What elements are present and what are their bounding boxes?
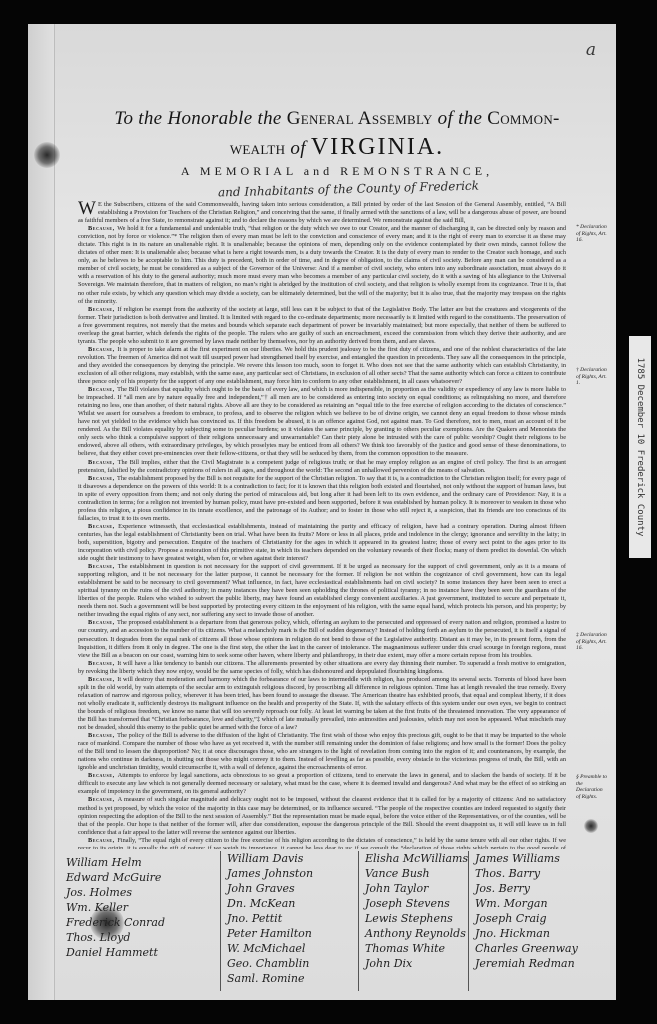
paragraph: Because, The proposed establishment is a… xyxy=(78,619,566,659)
paragraph: WE the Subscribers, citizens of the said… xyxy=(78,201,566,225)
paragraph-lead: Because, xyxy=(88,225,117,232)
paragraph-text: A measure of such singular magnitude and… xyxy=(78,796,566,835)
paragraph-text: The establishment proposed by the Bill i… xyxy=(78,475,566,522)
paragraph-text: Finally, “The equal right of every citiz… xyxy=(78,837,566,849)
signature: John Graves xyxy=(227,881,313,896)
margin-note: § Preamble to the Declaration of Rights. xyxy=(576,774,608,800)
paragraph-text: The proposed establishment is a departur… xyxy=(78,619,566,658)
signature-column: James WilliamsThos. BarryJos. BerryWm. M… xyxy=(468,851,578,991)
remonstrance-body: WE the Subscribers, citizens of the said… xyxy=(78,201,566,849)
signature: Edward McGuire xyxy=(66,870,165,885)
paragraph-text: The policy of the Bill is adverse to the… xyxy=(78,732,566,771)
paragraph-text: Experience witnesseth, that ecclesiastic… xyxy=(78,523,566,562)
paragraph-lead: Because, xyxy=(88,619,117,626)
margin-note: † Declaration of Rights, Art. 1. xyxy=(576,367,608,387)
signature: Wm. Morgan xyxy=(475,896,578,911)
paragraph-lead: Because, xyxy=(88,475,117,482)
document-page: a To the Honorable the General Assembly … xyxy=(28,24,616,1000)
signatures: William HelmEdward McGuireJos. HolmesWm.… xyxy=(58,851,613,996)
signature: Jos. Holmes xyxy=(66,885,165,900)
signature: Vance Bush xyxy=(365,866,468,881)
signature: Geo. Chamblin xyxy=(227,956,313,971)
paragraph-lead: W xyxy=(78,201,96,217)
signature: John Dix xyxy=(365,956,468,971)
signature: Joseph Stevens xyxy=(365,896,468,911)
paragraph-text: Attempts to enforce by legal sanctions, … xyxy=(78,772,566,795)
signature: Lewis Stephens xyxy=(365,911,468,926)
page-binding-edge xyxy=(28,24,55,1000)
paragraph-lead: Because, xyxy=(88,837,117,844)
paragraph: Because, The Bill implies, either that t… xyxy=(78,459,566,475)
paragraph: Because, Attempts to enforce by legal sa… xyxy=(78,772,566,796)
folio-mark: a xyxy=(586,40,596,60)
paragraph: Because, The Bill violates that equality… xyxy=(78,386,566,458)
paragraph: Because, It is proper to take alarm at t… xyxy=(78,346,566,386)
signature: Dn. McKean xyxy=(227,896,313,911)
paragraph-text: It will destroy that moderation and harm… xyxy=(78,676,566,731)
signature: William Helm xyxy=(66,855,165,870)
paragraph: Because, Experience witnesseth, that ecc… xyxy=(78,523,566,563)
handwritten-insertion: and Inhabitants of the County of Frederi… xyxy=(218,179,479,200)
paragraph-lead: Because, xyxy=(88,660,117,667)
paragraph-text: It will have a like tendency to banish o… xyxy=(78,660,566,675)
ink-stain xyxy=(584,819,598,833)
signature: Thos. Lloyd xyxy=(66,930,165,945)
signature: Charles Greenway xyxy=(475,941,578,956)
paragraph-text: The Bill implies, either that the Civil … xyxy=(78,459,566,474)
paragraph-text: E the Subscribers, citizens of the said … xyxy=(78,201,566,224)
signature: James Johnston xyxy=(227,866,313,881)
paragraph: Because, The establishment in question i… xyxy=(78,563,566,619)
signature: Anthony Reynolds xyxy=(365,926,468,941)
paragraph: Because, It will destroy that moderation… xyxy=(78,676,566,732)
paragraph-text: It is proper to take alarm at the first … xyxy=(78,346,566,385)
signature-column: Elisha McWilliamsVance BushJohn TaylorJo… xyxy=(358,851,468,991)
signature: Jno. Hickman xyxy=(475,926,578,941)
signature: Wm. Keller xyxy=(66,900,165,915)
signature: William Davis xyxy=(227,851,313,866)
paragraph-text: The Bill violates that equality which ou… xyxy=(78,386,566,457)
paragraph-lead: Because, xyxy=(88,796,118,803)
paragraph-text: If religion be exempt from the authority… xyxy=(78,306,566,345)
signature: James Williams xyxy=(475,851,578,866)
signature: Frederick Conrad xyxy=(66,915,165,930)
paragraph: Because, The policy of the Bill is adver… xyxy=(78,732,566,772)
signature: W. McMichael xyxy=(227,941,313,956)
paragraph: Because, Finally, “The equal right of ev… xyxy=(78,837,566,849)
margin-note: ‡ Declaration of Rights, Art. 16. xyxy=(576,632,608,652)
paragraph: Because, If religion be exempt from the … xyxy=(78,306,566,346)
document-title: To the Honorable the General Assembly of… xyxy=(68,104,606,163)
paragraph: Because, The establishment proposed by t… xyxy=(78,475,566,523)
signature: Joseph Craig xyxy=(475,911,578,926)
signature: Saml. Romine xyxy=(227,971,313,986)
signature: John Taylor xyxy=(365,881,468,896)
paragraph-lead: Because, xyxy=(88,306,117,313)
signature: Thomas White xyxy=(365,941,468,956)
signature: Jeremiah Redman xyxy=(475,956,578,971)
paragraph-lead: Because, xyxy=(88,676,117,683)
document-subtitle: A MEMORIAL and REMONSTRANCE, xyxy=(68,164,606,179)
paragraph-lead: Because, xyxy=(88,346,117,353)
margin-note: * Declaration of Rights, Art. 16. xyxy=(576,224,608,244)
signature-column: William DavisJames JohnstonJohn GravesDn… xyxy=(220,851,313,991)
paragraph: Because, We hold it for a fundamental an… xyxy=(78,225,566,305)
paragraph: Because, A measure of such singular magn… xyxy=(78,796,566,836)
signature: Thos. Barry xyxy=(475,866,578,881)
paragraph-text: We hold it for a fundamental and undenia… xyxy=(78,225,566,304)
paragraph-lead: Because, xyxy=(88,523,118,530)
paragraph-lead: Because, xyxy=(88,459,118,466)
paragraph-lead: Because, xyxy=(88,772,118,779)
paragraph: Because, It will have a like tendency to… xyxy=(78,660,566,676)
signature-column: William HelmEdward McGuireJos. HolmesWm.… xyxy=(66,855,165,995)
signature: Peter Hamilton xyxy=(227,926,313,941)
paragraph-lead: Because, xyxy=(88,386,117,393)
archive-label: 1785 December 10 Frederick County xyxy=(629,336,651,558)
paragraph-text: The establishment in question is not nec… xyxy=(78,563,566,618)
paragraph-lead: Because, xyxy=(88,563,118,570)
signature: Jos. Berry xyxy=(475,881,578,896)
ink-stain xyxy=(34,142,60,168)
signature: Elisha McWilliams xyxy=(365,851,468,866)
paragraph-lead: Because, xyxy=(88,732,117,739)
signature: Daniel Hammett xyxy=(66,945,165,960)
signature: Jno. Pettit xyxy=(227,911,313,926)
